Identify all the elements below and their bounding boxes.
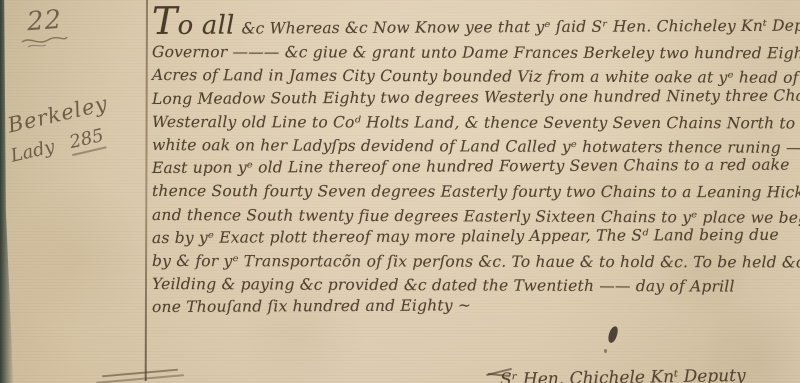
manuscript-line: as by yᵉ Exact plott thereof may more pl… (152, 223, 798, 250)
manuscript-line: East upon yᵉ old Line thereof one hundre… (152, 154, 798, 181)
opening-words: To all (152, 10, 235, 38)
manuscript-line: thence South fourty Seven degrees Easter… (152, 180, 798, 205)
ink-blot (607, 325, 619, 343)
manuscript-page-scan: 22 Berkeley Lady285 To all&c Whereas &c … (0, 0, 800, 383)
manuscript-line: Westerally old Line to Coᵈ Holts Land, &… (152, 111, 798, 136)
margin-rule-line (145, 0, 148, 381)
manuscript-line: one Thouſand ſix hundred and Eighty ~ (152, 293, 798, 320)
margin-note: Berkeley Lady285 (5, 91, 116, 166)
next-entry-fragment: Sʳ Hen. Chichele Knᵗ Deputy (500, 366, 746, 383)
manuscript-line: Long Meadow South Eighty two degrees Wes… (152, 84, 798, 111)
ink-dot (604, 349, 607, 353)
manuscript-body: To all&c Whereas &c Now Know yee that yᵉ… (152, 10, 798, 320)
manuscript-line: To all&c Whereas &c Now Know yee that yᵉ… (152, 7, 798, 42)
manuscript-line-text: &c Whereas &c Now Know yee that yᵉ ſaid … (242, 16, 800, 37)
folio-number: 22 (26, 5, 63, 37)
folio-underline-flourish (20, 34, 70, 50)
manuscript-line: by & for yᵉ Transportacõn of ſix perſons… (152, 250, 798, 275)
margin-note-acreage: 285 (67, 125, 106, 156)
margin-note-title: Lady (9, 136, 57, 166)
manuscript-line: Governor ——— &c giue & grant unto Dame F… (152, 41, 798, 66)
left-binding-edge (0, 0, 14, 383)
